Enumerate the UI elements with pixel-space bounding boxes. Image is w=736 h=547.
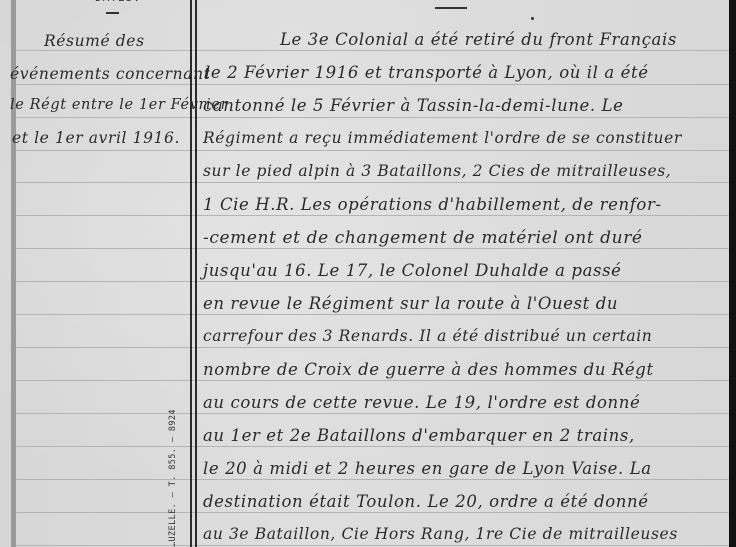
body-line: au 3e Bataillon, Cie Hors Rang, 1re Cie … [203,525,678,543]
margin-note-line: le Régt entre le 1er Février [10,97,228,113]
printer-imprint: …UZELLE. — T. 855. — 8924 [168,409,178,547]
body-line: au 1er et 2e Bataillons d'embarquer en 2… [203,426,635,445]
ruled-line [16,182,730,183]
body-line: 1 Cie H.R. Les opérations d'habillement,… [203,195,662,214]
ruled-line [16,50,730,51]
ruled-line [16,314,730,315]
body-line: cantonné le 5 Février à Tassin-la-demi-l… [203,96,624,115]
body-line: -cement et de changement de matériel ont… [203,228,643,248]
page-right-edge [729,0,736,547]
ink-dot [531,17,534,20]
ruled-line [16,347,730,348]
body-line: le 2 Février 1916 et transporté à Lyon, … [205,63,649,82]
body-line: destination était Toulon. Le 20, ordre a… [203,492,649,511]
ruled-line [16,545,730,546]
margin-note-line: événements concernant [10,65,211,83]
margin-note-line: Résumé des [44,32,145,50]
ruled-line [16,117,730,118]
ruled-line [16,512,730,513]
ruled-line [16,248,730,249]
margin-note-line: et le 1er avril 1916. [12,129,180,147]
body-line: le 20 à midi et 2 heures en gare de Lyon… [203,459,652,478]
ruled-line [16,84,730,85]
ruled-line [16,281,730,282]
body-line: jusqu'au 16. Le 17, le Colonel Duhalde a… [203,261,622,280]
body-line: Le 3e Colonial a été retiré du front Fra… [280,30,677,49]
body-line: sur le pied alpin à 3 Bataillons, 2 Cies… [203,162,671,180]
body-line: au cours de cette revue. Le 19, l'ordre … [203,393,640,412]
body-line: carrefour des 3 Renards. Il a été distri… [203,327,652,345]
diary-page: DATES. Résumé des événements concernant … [0,0,736,547]
ruled-line [16,413,730,414]
ruled-line [16,446,730,447]
ruled-line [16,215,730,216]
ruled-line [16,150,730,151]
body-line: Régiment a reçu immédiatement l'ordre de… [203,129,682,147]
main-header-underline [435,7,467,9]
dates-header-underline [106,12,119,14]
body-line: en revue le Régiment sur la route à l'Ou… [203,294,618,313]
ruled-line [16,380,730,381]
body-line: nombre de Croix de guerre à des hommes d… [203,360,654,379]
dates-column-header: DATES. [88,0,148,4]
ruled-line [16,479,730,480]
